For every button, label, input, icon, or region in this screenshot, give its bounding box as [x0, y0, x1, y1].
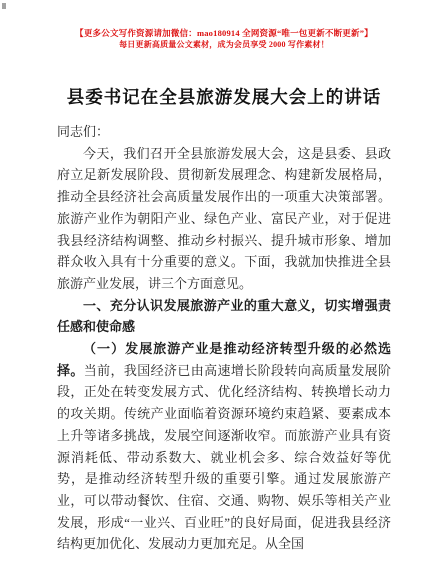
watermark-line-2: 每日更新高质量公文素材，成为会员享受 2000 写作素材！: [0, 39, 448, 51]
content-block-para-1: 今天，我们召开全县旅游发展大会，这是县委、县政府立足新发展阶段、贯彻新发展理念、…: [57, 143, 391, 295]
bold-lead: （一）发展旅游产业是推动经济转型升级的必然选择。: [57, 341, 391, 378]
document-title: 县委书记在全县旅游发展大会上的讲话: [0, 84, 448, 109]
page-number: 1: [0, 538, 448, 550]
document-page: 【更多公文写作资源请加微信：mao180914 全网资源“唯一包更新不断更新”】…: [0, 0, 448, 580]
watermark-line-1: 【更多公文写作资源请加微信：mao180914 全网资源“唯一包更新不断更新”】: [0, 27, 448, 39]
watermark-banner: 【更多公文写作资源请加微信：mao180914 全网资源“唯一包更新不断更新”】…: [0, 27, 448, 51]
content-block-para-3: （一）发展旅游产业是推动经济转型升级的必然选择。当前，我国经济已由高速增长阶段转…: [57, 338, 391, 555]
content-block-salutation-0: 同志们：: [57, 121, 391, 143]
content-block-heading-2: 一、充分认识发展旅游产业的重大意义，切实增强责任感和使命感: [57, 295, 391, 338]
scan-artifact: [2, 3, 6, 9]
document-body: 同志们：今天，我们召开全县旅游发展大会，这是县委、县政府立足新发展阶段、贯彻新发…: [57, 121, 391, 555]
